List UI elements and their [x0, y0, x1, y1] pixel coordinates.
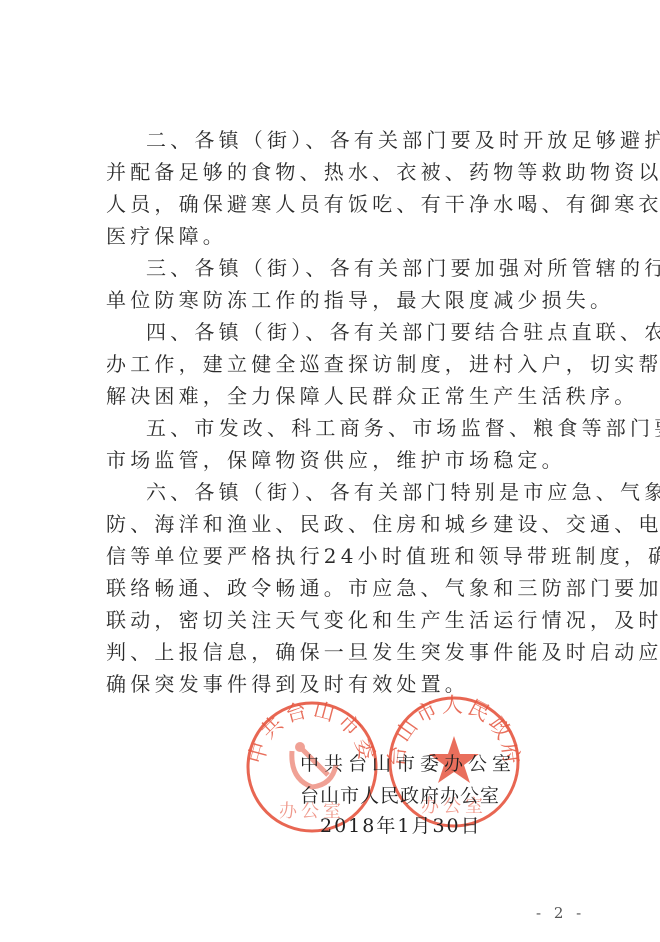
- paragraph-6-line-1: 六、各镇（街）、各有关部门特别是市应急、气象、三: [146, 480, 576, 504]
- paragraph-2-line-2: 并配备足够的食物、热水、衣被、药物等救助物资以及服务: [106, 160, 576, 184]
- paragraph-4-line-2: 办工作，建立健全巡查探访制度，进村入户，切实帮助群众: [106, 352, 576, 376]
- paragraph-3-line-2: 单位防寒防冻工作的指导，最大限度减少损失。: [106, 288, 576, 312]
- paragraph-4-line-1: 四、各镇（街）、各有关部门要结合驻点直联、农事村: [146, 320, 576, 344]
- paragraph-6-line-2: 防、海洋和渔业、民政、住房和城乡建设、交通、电力、通: [106, 512, 576, 536]
- signature-date: 2018年1月30日: [320, 815, 482, 837]
- paragraph-6-line-4: 联络畅通、政令畅通。市应急、气象和三防部门要加强统筹: [106, 576, 576, 600]
- paragraph-6-line-7: 确保突发事件得到及时有效处置。: [106, 672, 576, 696]
- signature-org-2: 台山市人民政府办公室: [300, 785, 500, 807]
- paragraph-6-line-6: 判、上报信息，确保一旦发生突发事件能及时启动应急响应，: [106, 640, 576, 664]
- paragraph-6-line-3: 信等单位要严格执行24小时值班和领导带班制度，确保通信: [106, 544, 576, 568]
- paragraph-5-line-1: 五、市发改、科工商务、市场监督、粮食等部门要加强: [146, 416, 576, 440]
- paragraph-2-line-3: 人员，确保避寒人员有饭吃、有干净水喝、有御寒衣被、有: [106, 192, 576, 216]
- paragraph-3-line-1: 三、各镇（街）、各有关部门要加强对所管辖的行业、: [146, 256, 576, 280]
- document-page: 二、各镇（街）、各有关部门要及时开放足够避护场所， 并配备足够的食物、热水、衣被…: [0, 0, 660, 942]
- paragraph-2-line-1: 二、各镇（街）、各有关部门要及时开放足够避护场所，: [146, 128, 576, 152]
- signature-org-1: 中共台山市委办公室: [300, 753, 516, 775]
- paragraph-5-line-2: 市场监管，保障物资供应，维护市场稳定。: [106, 448, 576, 472]
- paragraph-6-line-5: 联动，密切关注天气变化和生产生活运行情况，及时收集、研: [106, 608, 576, 632]
- paragraph-4-line-3: 解决困难，全力保障人民群众正常生产生活秩序。: [106, 384, 576, 408]
- page-number: - 2 -: [536, 904, 585, 922]
- paragraph-2-line-4: 医疗保障。: [106, 224, 576, 248]
